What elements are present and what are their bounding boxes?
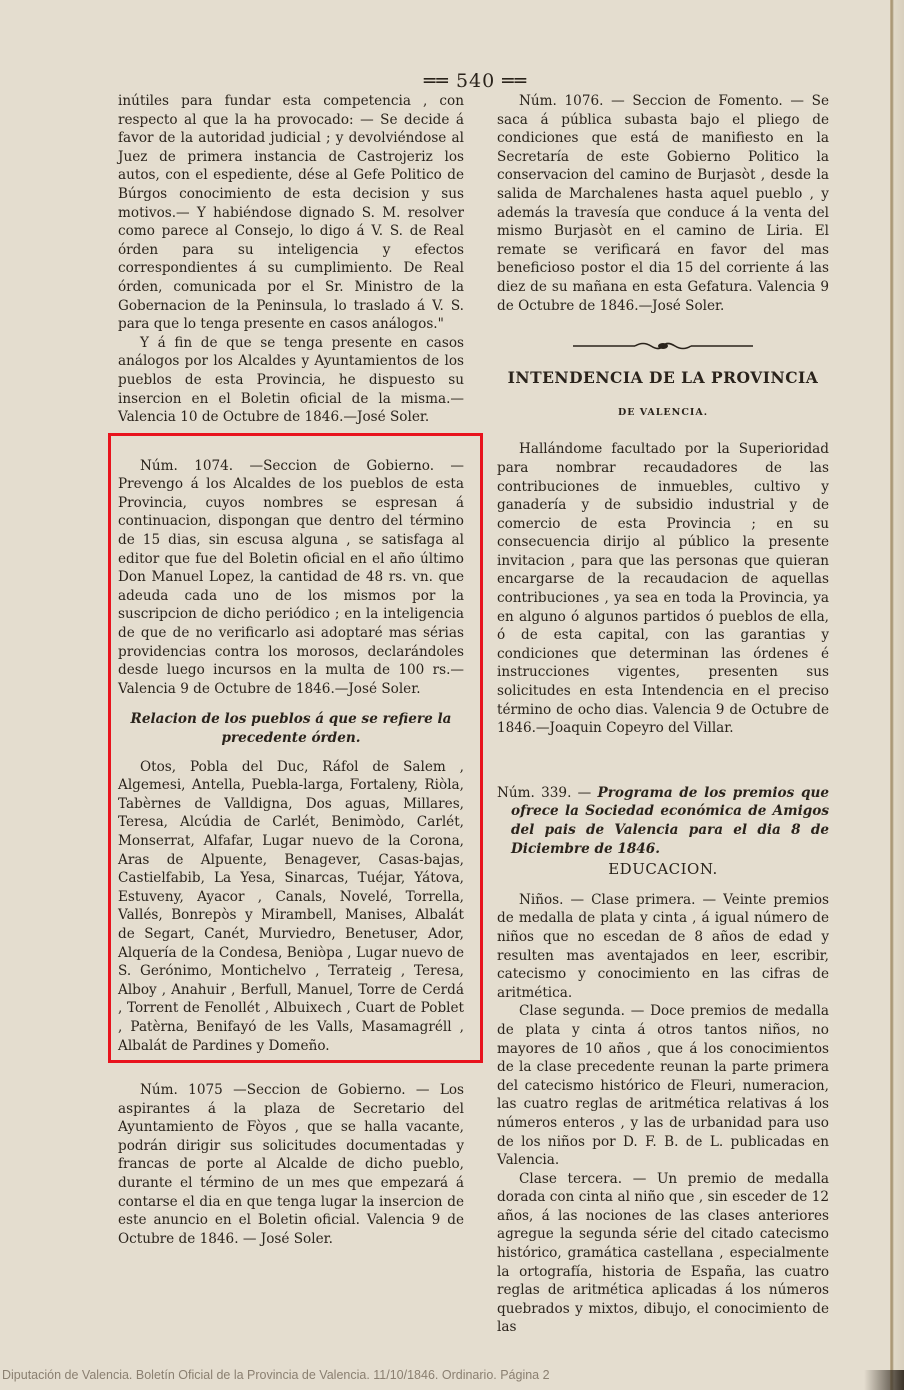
notice-1075-number: Núm. 1075 (140, 1082, 223, 1098)
notice-1076-section: — Seccion de Fomento. — (611, 93, 804, 109)
page-number-dash-right: ══ (502, 70, 527, 92)
intendencia-body: Hallándome facultado por la Superioridad… (497, 440, 829, 738)
notice-1075-body: Los aspirantes á la plaza de Secretario … (118, 1082, 464, 1247)
page-number-dash-left: ══ (424, 70, 449, 92)
highlight-box-notice-1074 (108, 433, 483, 1063)
notice-339-heading: Núm. 339. — Programa de los premios que … (497, 784, 829, 858)
page-number-value: 540 (456, 70, 495, 92)
notice-1075-section: —Seccion de Gobierno. — (233, 1082, 429, 1098)
page-edge (890, 0, 904, 1390)
clase-segunda: Clase segunda. — Doce premios de medalla… (497, 1002, 829, 1169)
clase-primera: Niños. — Clase primera. — Veinte premios… (497, 891, 829, 1003)
intendencia-title: INTENDENCIA DE LA PROVINCIA (497, 369, 829, 388)
continuation-closing: Y á fin de que se tenga presente en caso… (118, 334, 464, 427)
notice-1076: Núm. 1076. — Seccion de Fomento. — Se sa… (497, 92, 829, 315)
right-column: Núm. 1076. — Seccion de Fomento. — Se sa… (497, 92, 829, 1337)
page-number: ══ 540 ══ (424, 70, 527, 92)
notice-1076-number: Núm. 1076. (519, 93, 603, 109)
footer-attribution: Diputación de Valencia. Boletín Oficial … (2, 1368, 550, 1382)
continuation-paragraph: inútiles para fundar esta competencia , … (118, 92, 464, 334)
educacion-heading: EDUCACION. (497, 860, 829, 879)
clase-tercera: Clase tercera. — Un premio de medalla do… (497, 1170, 829, 1337)
page-corner-shadow (864, 1370, 904, 1390)
notice-339-number: Núm. 339. — (497, 785, 591, 801)
intendencia-subtitle: DE VALENCIA. (497, 404, 829, 423)
notice-1075: Núm. 1075 —Seccion de Gobierno. — Los as… (118, 1081, 464, 1248)
ornament-divider-icon (573, 341, 753, 351)
notice-1076-body: Se saca á pública subasta bajo el pliego… (497, 93, 829, 314)
